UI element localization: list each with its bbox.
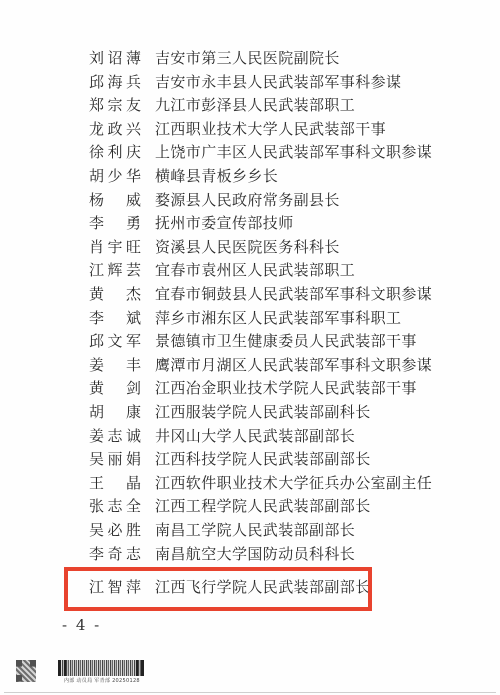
roster-row: 胡康 江西服装学院人民武装部副科长 — [0, 400, 500, 424]
roster-row: 黄剑 江西冶金职业技术学院人民武装部干事 — [0, 376, 500, 400]
person-name: 姜丰 — [89, 353, 141, 377]
person-name: 郑宗友 — [89, 93, 141, 117]
roster-row: 吴丽娟 江西科技学院人民武装部副部长 — [0, 447, 500, 471]
roster-row: 姜丰 鹰潭市月湖区人民武装部军事科文职参谋 — [0, 353, 500, 377]
person-title: 江西职业技术大学人民武装部干事 — [155, 117, 386, 141]
qr-code-icon — [16, 660, 36, 682]
roster-row: 邱海兵 吉安市永丰县人民武装部军事科参谋 — [0, 70, 500, 94]
roster-row: 肖宇旺 资溪县人民医院医务科科长 — [0, 235, 500, 259]
person-title: 江西冶金职业技术学院人民武装部干事 — [155, 376, 417, 400]
person-title: 江西科技学院人民武装部副部长 — [155, 447, 371, 471]
person-title: 宜春市袁州区人民武装部职工 — [155, 258, 355, 282]
person-title: 井冈山大学人民武装部副部长 — [155, 424, 355, 448]
roster-row: 王晶 江西软件职业技术大学征兵办公室副主任 — [0, 471, 500, 495]
person-title: 鹰潭市月湖区人民武装部军事科文职参谋 — [155, 353, 432, 377]
roster-row: 杨威 婺源县人民政府常务副县长 — [0, 188, 500, 212]
roster-row: 张志全 江西工程学院人民武装部副部长 — [0, 494, 500, 518]
roster-row: 姜志诚 井冈山大学人民武装部副部长 — [0, 424, 500, 448]
person-name: 李斌 — [89, 306, 141, 330]
person-title: 资溪县人民医院医务科科长 — [155, 235, 340, 259]
document-page: 刘诏薄 吉安市第三人民医院副院长 邱海兵 吉安市永丰县人民武装部军事科参谋 郑宗… — [0, 0, 500, 695]
roster-row: 李斌 萍乡市湘东区人民武装部军事科职工 — [0, 306, 500, 330]
person-name: 王晶 — [89, 471, 141, 495]
person-name: 李奇志 — [89, 542, 141, 566]
roster-row: 李勇 抚州市委宣传部技师 — [0, 211, 500, 235]
roster-row: 徐利庆 上饶市广丰区人民武装部军事科文职参谋 — [0, 140, 500, 164]
person-title: 吉安市第三人民医院副院长 — [155, 46, 340, 70]
person-name: 江辉芸 — [89, 258, 141, 282]
person-name: 龙政兴 — [89, 117, 141, 141]
roster-row: 邱文军 景德镇市卫生健康委员人民武装部干事 — [0, 329, 500, 353]
roster-row: 郑宗友 九江市彭泽县人民武装部职工 — [0, 93, 500, 117]
person-title: 景德镇市卫生健康委员人民武装部干事 — [155, 329, 417, 353]
person-title: 九江市彭泽县人民武装部职工 — [155, 93, 355, 117]
roster-row: 胡少华 横峰县青板乡乡长 — [0, 164, 500, 188]
red-highlight-box — [64, 567, 372, 611]
person-title: 南昌工学院人民武装部副部长 — [155, 518, 355, 542]
bottom-divider — [4, 692, 496, 693]
person-title: 江西服装学院人民武装部副科长 — [155, 400, 371, 424]
roster-row: 黄杰 宜春市铜鼓县人民武装部军事科文职参谋 — [0, 282, 500, 306]
page-number: - 4 - — [62, 616, 101, 634]
person-name: 张志全 — [89, 494, 141, 518]
person-title: 萍乡市湘东区人民武装部军事科职工 — [155, 306, 401, 330]
person-title: 南昌航空大学国防动员科科长 — [155, 542, 355, 566]
roster-row: 吴必胜 南昌工学院人民武装部副部长 — [0, 518, 500, 542]
person-name: 徐利庆 — [89, 140, 141, 164]
person-name: 胡康 — [89, 400, 141, 424]
person-name: 吴丽娟 — [89, 447, 141, 471]
roster-row: 江辉芸 宜春市袁州区人民武装部职工 — [0, 258, 500, 282]
person-name: 黄剑 — [89, 376, 141, 400]
person-title: 吉安市永丰县人民武装部军事科参谋 — [155, 70, 401, 94]
roster-row: 龙政兴 江西职业技术大学人民武装部干事 — [0, 117, 500, 141]
person-title: 上饶市广丰区人民武装部军事科文职参谋 — [155, 140, 432, 164]
person-name: 吴必胜 — [89, 518, 141, 542]
roster-row: 李奇志 南昌航空大学国防动员科科长 — [0, 542, 500, 566]
person-name: 肖宇旺 — [89, 235, 141, 259]
person-name: 姜志诚 — [89, 424, 141, 448]
roster-row: 刘诏薄 吉安市第三人民医院副院长 — [0, 46, 500, 70]
person-name: 邱海兵 — [89, 70, 141, 94]
barcode-icon — [58, 660, 144, 676]
person-title: 宜春市铜鼓县人民武装部军事科文职参谋 — [155, 282, 432, 306]
person-title: 江西软件职业技术大学征兵办公室副主任 — [155, 471, 432, 495]
person-name: 杨威 — [89, 188, 141, 212]
person-name: 黄杰 — [89, 282, 141, 306]
person-title: 抚州市委宣传部技师 — [155, 211, 294, 235]
person-name: 胡少华 — [89, 164, 141, 188]
barcode-caption: 内部 动员局 军青部 20250128 — [64, 677, 140, 684]
person-title: 婺源县人民政府常务副县长 — [155, 188, 340, 212]
person-title: 横峰县青板乡乡长 — [155, 164, 278, 188]
person-name: 邱文军 — [89, 329, 141, 353]
person-name: 李勇 — [89, 211, 141, 235]
person-name: 刘诏薄 — [89, 46, 141, 70]
person-title: 江西工程学院人民武装部副部长 — [155, 494, 371, 518]
